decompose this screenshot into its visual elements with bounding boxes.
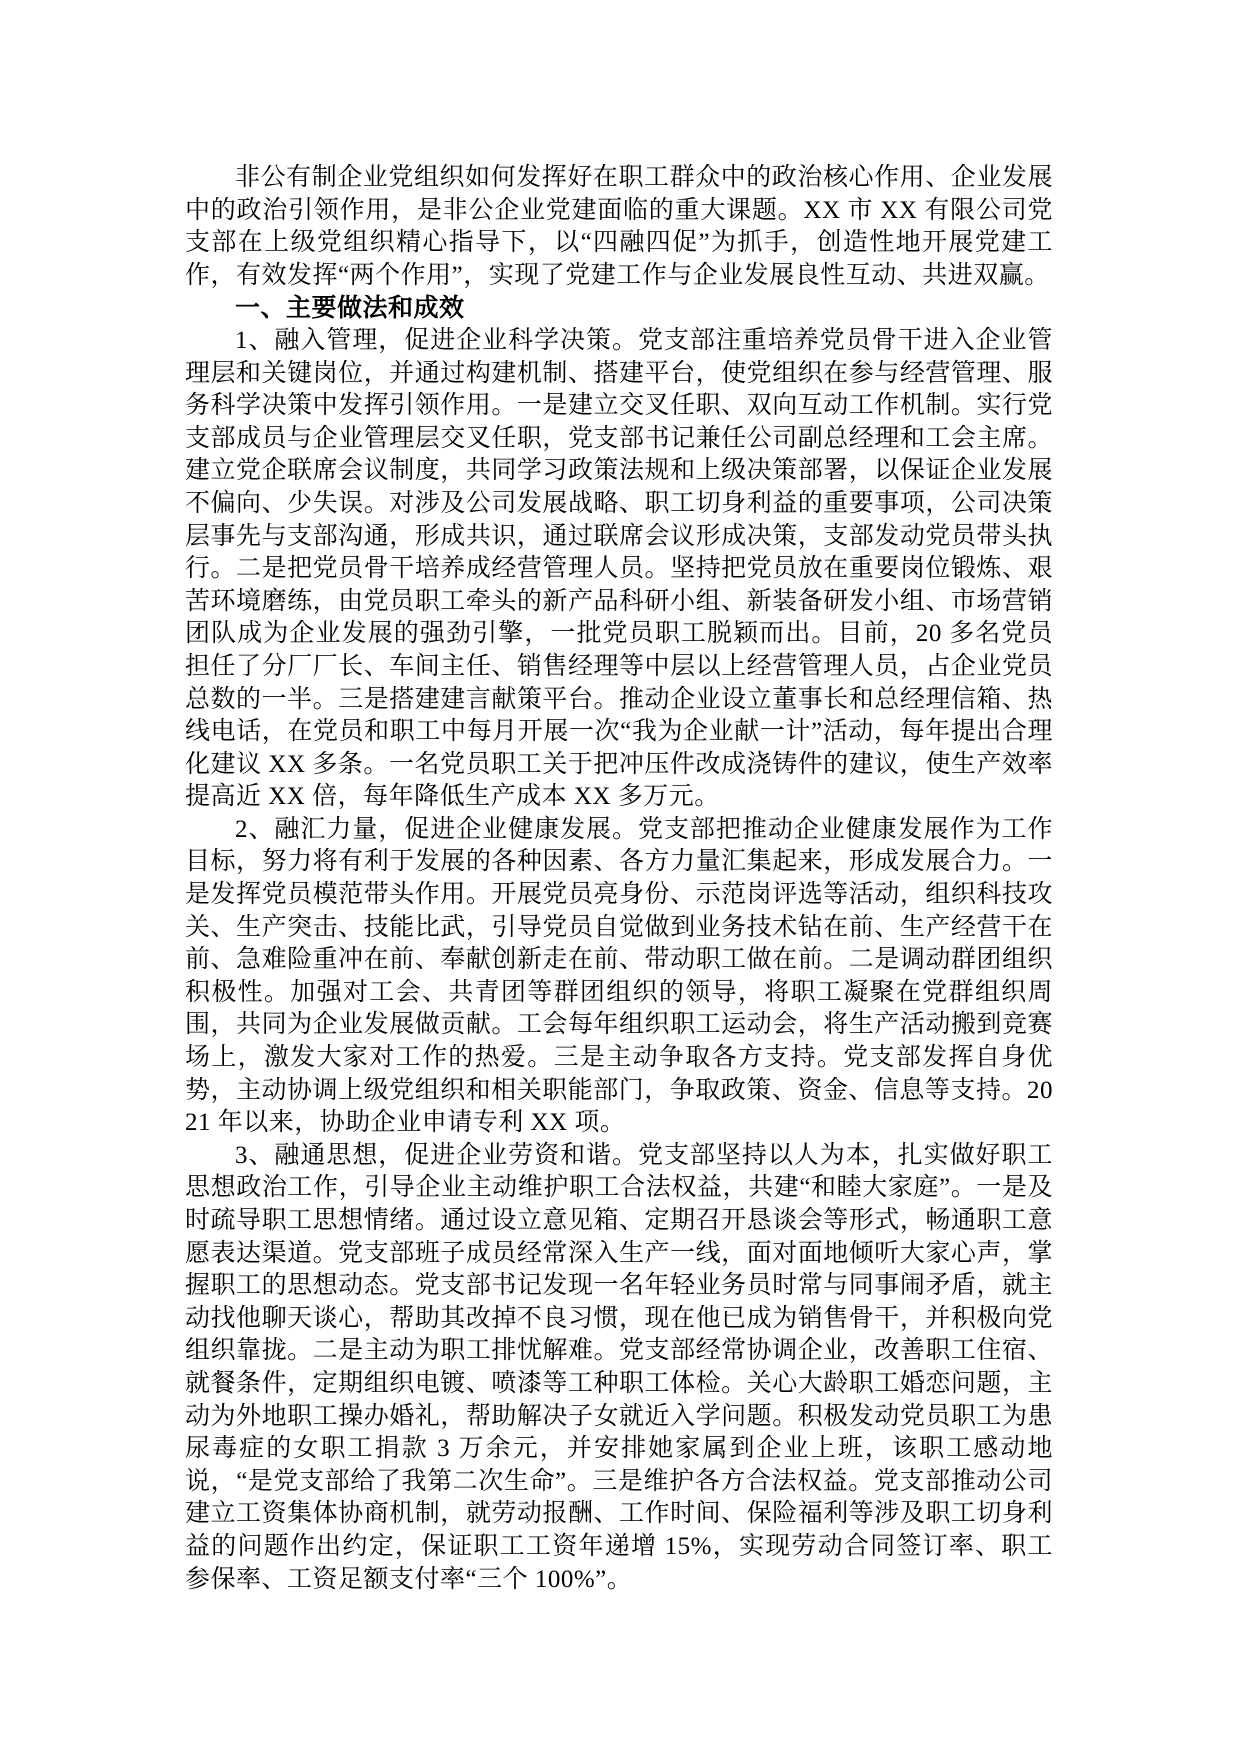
- paragraph-point-2-strength: 2、融汇力量，促进企业健康发展。党支部把推动企业健康发展作为工作目标，努力将有利…: [185, 814, 1053, 1140]
- document-page: 非公有制企业党组织如何发挥好在职工群众中的政治核心作用、企业发展中的政治引领作用…: [185, 162, 1053, 1596]
- intro-paragraph: 非公有制企业党组织如何发挥好在职工群众中的政治核心作用、企业发展中的政治引领作用…: [185, 162, 1053, 292]
- paragraph-point-1-management: 1、融入管理，促进企业科学决策。党支部注重培养党员骨干进入企业管理层和关键岗位，…: [185, 325, 1053, 814]
- section-heading-main-practices: 一、主要做法和成效: [185, 292, 1053, 325]
- paragraph-point-3-thought: 3、融通思想，促进企业劳资和谐。党支部坚持以人为本，扎实做好职工思想政治工作，引…: [185, 1140, 1053, 1596]
